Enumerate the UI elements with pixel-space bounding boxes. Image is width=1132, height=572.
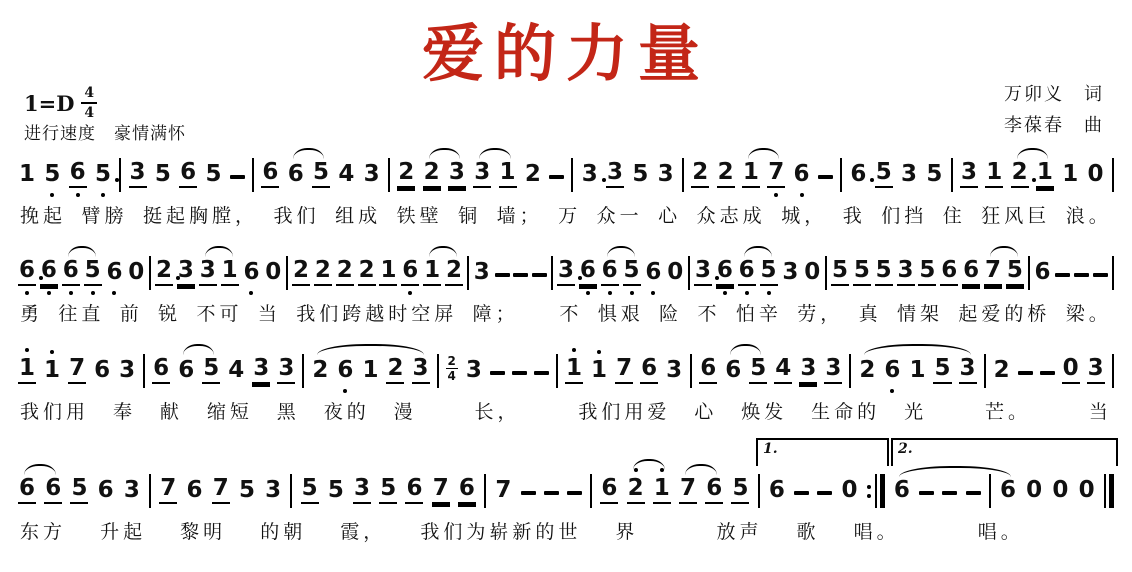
low-octave-dot: [101, 193, 105, 197]
music-system: 66563767535535676762176560660001.2.东方升起黎…: [16, 436, 1116, 544]
key-text: 1=D: [24, 91, 74, 116]
lyric-group: 不: [559, 299, 582, 326]
lyric-group: 铜: [458, 201, 481, 228]
note: 7: [68, 357, 86, 384]
barline: [388, 158, 390, 188]
lyric-group: 我们: [274, 201, 320, 228]
note: 1: [423, 259, 441, 286]
time-signature-denominator: 4: [84, 104, 94, 120]
note: 6: [644, 261, 662, 286]
barline: [119, 158, 121, 188]
note: 5: [831, 259, 849, 286]
music-system: 15653565665432233123353221766535312110挽起…: [16, 142, 1116, 228]
barline: [688, 256, 690, 286]
dash: [534, 371, 549, 384]
lyric-group: [544, 397, 554, 424]
barline: [984, 354, 986, 384]
lyric-group: 怕辛: [736, 299, 782, 326]
lyric-group: 夜的: [324, 397, 370, 424]
note: 6: [44, 477, 62, 504]
lyric-group: 歌: [797, 517, 820, 544]
note: 6: [724, 359, 742, 384]
lyric-group: 不可: [197, 299, 243, 326]
note: 7: [212, 477, 230, 504]
note: 3: [177, 259, 195, 286]
lyric-group: 狂风巨: [981, 201, 1050, 228]
rest-note: 0: [1062, 357, 1080, 384]
note: 5: [202, 357, 220, 384]
ending-label: 1.: [763, 441, 778, 457]
high-octave-dot: [572, 348, 576, 352]
note: 6: [883, 359, 901, 384]
note: 6: [940, 259, 958, 286]
note: 5: [204, 163, 222, 188]
note: 6: [97, 479, 115, 504]
note: 1: [1061, 163, 1079, 188]
lyric-group: 起爱的桥: [958, 299, 1050, 326]
note: 5: [925, 163, 943, 188]
rest-note: 0: [1025, 479, 1043, 504]
lyric-group: 梁。: [1066, 299, 1112, 326]
note: 6: [640, 357, 658, 384]
dash: [230, 175, 245, 188]
note: 3: [960, 161, 978, 188]
note: 5: [631, 163, 649, 188]
lyric-group: 勇: [20, 299, 43, 326]
lyric-group: 险: [659, 299, 682, 326]
low-octave-dot: [25, 291, 29, 295]
note: 3: [118, 359, 136, 384]
lyric-group: [441, 397, 451, 424]
slur-arc: [429, 246, 457, 257]
note: 5: [301, 477, 319, 504]
slur-arc: [429, 148, 460, 159]
note: 6: [1034, 261, 1052, 286]
dash: [513, 273, 528, 286]
barline: [556, 354, 558, 384]
low-octave-dot: [723, 291, 727, 295]
note: 5: [731, 477, 749, 504]
ending-bracket-1: 1.: [756, 438, 889, 466]
note: 3: [581, 163, 599, 188]
note: 5: [933, 357, 951, 384]
notes-row: 15653565665432233123353221766535312110: [16, 142, 1116, 199]
note: 6: [768, 479, 786, 504]
lyric-group: 当: [258, 299, 281, 326]
note: 6: [152, 357, 170, 384]
lyric-group: [672, 517, 682, 544]
low-octave-dot: [50, 193, 54, 197]
dash: [532, 273, 547, 286]
slur-arc: [317, 344, 424, 355]
note: 5: [70, 477, 88, 504]
note: 2: [858, 359, 876, 384]
lyric-group: 组成: [335, 201, 381, 228]
note: 2: [445, 259, 463, 286]
dash: [544, 491, 559, 504]
note: 3: [606, 161, 624, 188]
lyric-group: [1102, 517, 1112, 544]
low-octave-dot: [249, 291, 253, 295]
barline: [989, 474, 991, 504]
lyric-group: 挽起: [20, 201, 66, 228]
barline: [571, 158, 573, 188]
note: 6: [458, 477, 476, 504]
music-system: 11763665433261232431176366543326153203我们…: [16, 338, 1116, 424]
dash: [1018, 371, 1033, 384]
note: 6: [405, 477, 423, 504]
note: 6: [62, 259, 80, 286]
low-octave-dot: [408, 291, 412, 295]
lyrics-row: 我们用奉献缩短黑夜的漫长，我们用爱心焕发生命的光芒。当: [16, 397, 1116, 424]
slur-arc: [864, 344, 971, 355]
barline: [467, 256, 469, 286]
high-octave-dot: [597, 350, 601, 354]
note: 5: [84, 259, 102, 286]
note: 1: [499, 161, 517, 188]
slur-arc: [479, 148, 511, 159]
lyric-group: 真: [859, 299, 882, 326]
lyric-group: 献: [160, 397, 183, 424]
lyric-group: [951, 397, 961, 424]
lyric-group: 情架: [897, 299, 943, 326]
lyric-group: 黎明: [180, 517, 226, 544]
note: 3: [277, 357, 295, 384]
note: 1: [985, 161, 1003, 188]
lyrics-row: 东方升起黎明的朝霞，我们为崭新的世界放声歌唱。唱。: [16, 517, 1116, 544]
dash: [1040, 371, 1055, 384]
lyric-group: 众一: [597, 201, 643, 228]
dash: [490, 371, 505, 384]
note: 3: [799, 357, 817, 384]
note: 5: [918, 259, 936, 286]
note: 2: [691, 161, 709, 188]
lyric-group: 前: [120, 299, 143, 326]
slur-arc: [899, 466, 1011, 477]
note: 5: [875, 259, 893, 286]
note: 3: [694, 259, 712, 286]
barline: [682, 158, 684, 188]
dash: [1093, 273, 1108, 286]
note: 5: [749, 357, 767, 384]
note: 6: [401, 259, 419, 286]
lyric-group: 劳，: [797, 299, 843, 326]
note: 6: [716, 259, 734, 286]
lyric-group: [1055, 397, 1065, 424]
time-signature-numerator: 4: [81, 86, 97, 104]
barline: [690, 354, 692, 384]
note: 6: [999, 479, 1017, 504]
note: 1: [18, 357, 36, 384]
time-signature: 4 4: [81, 86, 97, 120]
note: 1: [908, 359, 926, 384]
barline: [1112, 158, 1114, 188]
rest-note: 0: [803, 261, 821, 286]
lyric-group: 当: [1089, 397, 1112, 424]
note: 3: [412, 357, 430, 384]
low-octave-dot: [608, 291, 612, 295]
lyrics-row: 挽起臂膀挺起胸膛，我们组成铁壁铜墙；万众一心众志成城，我们挡住狂风巨浪。: [16, 201, 1116, 228]
lyric-group: 我们用爱: [578, 397, 670, 424]
note: 3: [1087, 357, 1105, 384]
lyric-group: 唱。: [854, 517, 900, 544]
note: 6: [849, 163, 867, 188]
lyric-group: 芒。: [985, 397, 1031, 424]
lyric-group: 光: [904, 397, 927, 424]
dash: [549, 175, 564, 188]
slur-arc: [293, 148, 324, 159]
note: 5: [94, 163, 112, 188]
slur-arc: [685, 464, 717, 475]
barline: [437, 354, 439, 384]
note: 4: [337, 163, 355, 188]
note: 5: [379, 477, 397, 504]
dash: [1055, 273, 1070, 286]
slur-arc: [744, 246, 772, 257]
lyric-group: 黑: [277, 397, 300, 424]
lyric-group: 住: [943, 201, 966, 228]
lyric-group: 障；: [473, 299, 519, 326]
barline: [758, 474, 760, 504]
note: 2: [993, 359, 1011, 384]
note: 5: [853, 259, 871, 286]
ending-label: 2.: [898, 441, 913, 457]
dash: [1074, 273, 1089, 286]
barline: [551, 256, 553, 286]
low-octave-dot: [800, 193, 804, 197]
low-octave-dot: [586, 291, 590, 295]
low-octave-dot: [651, 291, 655, 295]
lyric-group: 惧艰: [598, 299, 644, 326]
note: 1: [18, 163, 36, 188]
note: 3: [363, 163, 381, 188]
barline: [149, 474, 151, 504]
score-area: 15653565665432233123353221766535312110挽起…: [0, 142, 1132, 544]
note: 3: [959, 357, 977, 384]
barline: [951, 158, 953, 188]
lyric-group: 万: [558, 201, 581, 228]
note: 2: [524, 163, 542, 188]
low-octave-dot: [69, 291, 73, 295]
low-octave-dot: [112, 291, 116, 295]
note: 1: [590, 359, 608, 384]
lyric-group: 长，: [474, 397, 520, 424]
lyric-group: 焕发: [741, 397, 787, 424]
slur-arc: [24, 464, 56, 475]
low-octave-dot: [767, 291, 771, 295]
lyric-group: 往直: [58, 299, 104, 326]
key-signature: 1=D 4 4: [24, 86, 97, 120]
lyric-group: 东方: [20, 517, 66, 544]
barline: [590, 474, 592, 504]
slur-arc: [205, 246, 233, 257]
low-octave-dot: [76, 193, 80, 197]
note: 5: [238, 479, 256, 504]
slur-arc: [990, 246, 1018, 257]
low-octave-dot: [890, 389, 894, 393]
note: 3: [897, 259, 915, 286]
dash: [512, 371, 527, 384]
note: 3: [900, 163, 918, 188]
barline: [840, 158, 842, 188]
note: 2: [627, 477, 645, 504]
note: 3: [123, 479, 141, 504]
credits: 万卯义 词 李葆春 曲: [1004, 80, 1104, 141]
note: 2: [423, 161, 441, 188]
song-title: 爱的力量: [0, 0, 1132, 93]
repeat-barline: [867, 474, 885, 504]
note: 1: [1036, 161, 1054, 188]
slur-arc: [633, 459, 665, 470]
note: 6: [69, 161, 87, 188]
note: 6: [699, 357, 717, 384]
lyric-group: 们挡: [881, 201, 927, 228]
note: 2: [717, 161, 735, 188]
dash: [942, 491, 957, 504]
note: 2: [314, 259, 332, 286]
note: 5: [43, 163, 61, 188]
barline: [484, 474, 486, 504]
note: 6: [242, 261, 260, 286]
sheet-music-page: 爱的力量 1=D 4 4 进行速度 豪情满怀 万卯义 词 李葆春 曲 15653…: [0, 0, 1132, 572]
note: 2: [311, 359, 329, 384]
rest-note: 0: [841, 479, 859, 504]
notes-row: 66563767535535676762176560660001.2.: [16, 436, 1116, 515]
low-octave-dot: [91, 291, 95, 295]
lyric-group: 界: [615, 517, 638, 544]
barline: [302, 354, 304, 384]
note: 1: [361, 359, 379, 384]
dash: [495, 273, 510, 286]
barline: [149, 256, 151, 286]
note: 6: [261, 161, 279, 188]
note: 5: [623, 259, 641, 286]
notes-row: 11763665433261232431176366543326153203: [16, 338, 1116, 395]
note: 5: [312, 161, 330, 188]
note: 1: [565, 357, 583, 384]
slur-arc: [607, 246, 635, 257]
note: 3: [657, 163, 675, 188]
rest-note: 0: [127, 261, 145, 286]
header: 爱的力量 1=D 4 4 进行速度 豪情满怀 万卯义 词 李葆春 曲: [0, 0, 1132, 142]
time-signature-change: 24: [446, 355, 458, 382]
note: 6: [287, 163, 305, 188]
note: 3: [199, 259, 217, 286]
barline: [290, 474, 292, 504]
note: 5: [875, 161, 893, 188]
note: 7: [615, 357, 633, 384]
note: 3: [129, 161, 147, 188]
note: 6: [579, 259, 597, 286]
lyric-group: 我: [843, 201, 866, 228]
note: 2: [1011, 161, 1029, 188]
note: 3: [557, 259, 575, 286]
note: 6: [93, 359, 111, 384]
dash: [966, 491, 981, 504]
lyric-group: 漫: [394, 397, 417, 424]
low-octave-dot: [774, 193, 778, 197]
lyric-group: 霞，: [340, 517, 386, 544]
tempo-marking: 进行速度 豪情满怀: [24, 119, 186, 144]
note: 3: [448, 161, 466, 188]
lyric-group: 挺起胸膛，: [143, 201, 258, 228]
note: 5: [327, 479, 345, 504]
music-system: 6665602331602222161233665603665305553566…: [16, 240, 1116, 326]
lyric-group: 唱。: [978, 517, 1024, 544]
note: 7: [494, 479, 512, 504]
lyric-group: 我们用: [20, 397, 89, 424]
lyric-group: 臂膀: [82, 201, 128, 228]
note: 3: [781, 261, 799, 286]
note: 1: [379, 259, 397, 286]
lyric-group: 放声: [716, 517, 762, 544]
note: 1: [653, 477, 671, 504]
lyric-group: 浪。: [1066, 201, 1112, 228]
lyric-group: 心: [658, 201, 681, 228]
note: 7: [432, 477, 450, 504]
lyric-group: 缩短: [207, 397, 253, 424]
note: 6: [336, 359, 354, 384]
note: 6: [893, 479, 911, 504]
lyric-group: 墙；: [497, 201, 543, 228]
final-barline: [1104, 474, 1114, 504]
lyric-group: 不: [697, 299, 720, 326]
note: 2: [155, 259, 173, 286]
note: 6: [40, 259, 58, 286]
note: 6: [18, 259, 36, 286]
barline: [1028, 256, 1030, 286]
note: 6: [793, 163, 811, 188]
note: 6: [18, 477, 36, 504]
note: 3: [353, 477, 371, 504]
note: 6: [705, 477, 723, 504]
lyric-group: 的朝: [260, 517, 306, 544]
note: 1: [221, 259, 239, 286]
lyric-group: 我们为崭新的世: [420, 517, 581, 544]
dash: [521, 491, 536, 504]
note: 6: [738, 259, 756, 286]
rest-note: 0: [1078, 479, 1096, 504]
barline: [849, 354, 851, 384]
note: 2: [292, 259, 310, 286]
slur-arc: [68, 246, 96, 257]
slur-arc: [748, 148, 779, 159]
lyric-group: 铁壁: [397, 201, 443, 228]
low-octave-dot: [343, 389, 347, 393]
note: 3: [465, 359, 483, 384]
low-octave-dot: [630, 291, 634, 295]
lyric-group: [1058, 517, 1068, 544]
low-octave-dot: [745, 291, 749, 295]
note: 2: [336, 259, 354, 286]
lyric-group: 众志成: [697, 201, 766, 228]
lyric-group: 锐: [158, 299, 181, 326]
dash: [818, 175, 833, 188]
barline: [143, 354, 145, 384]
note: 6: [186, 479, 204, 504]
lyricist-credit: 万卯义 词: [1004, 80, 1104, 111]
note: 6: [179, 161, 197, 188]
barline: [1112, 256, 1114, 286]
high-octave-dot: [25, 348, 29, 352]
dash: [567, 491, 582, 504]
note: 5: [760, 259, 778, 286]
note: 5: [154, 163, 172, 188]
note: 3: [264, 479, 282, 504]
note: 7: [767, 161, 785, 188]
note: 1: [742, 161, 760, 188]
note: 7: [679, 477, 697, 504]
